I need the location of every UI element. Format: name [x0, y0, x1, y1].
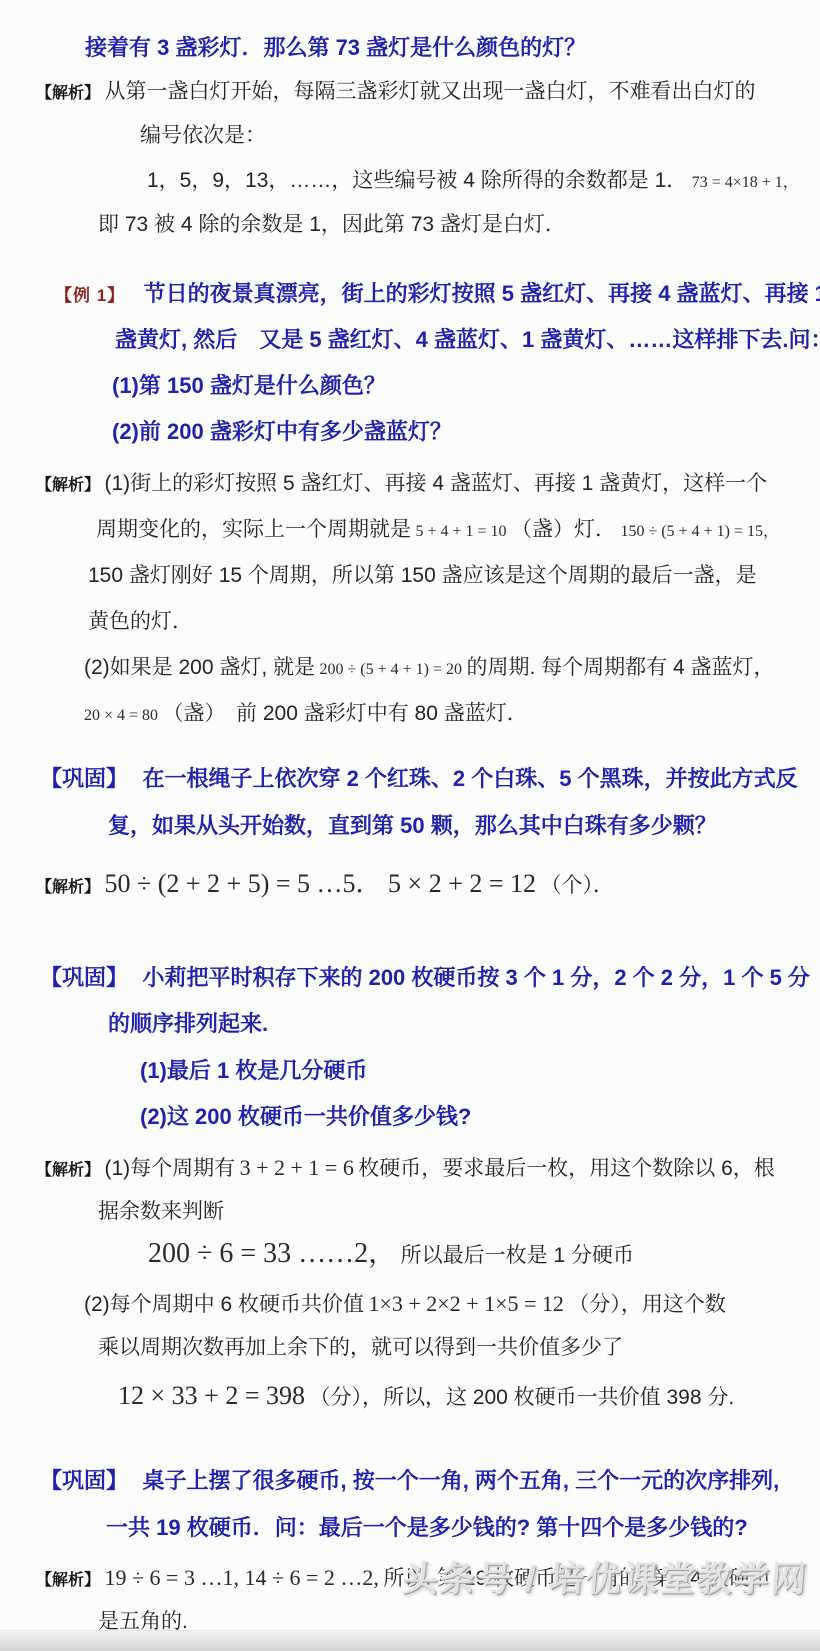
consolidation2-subquestion-1: (1)最后 1 枚是几分硬币 — [140, 1055, 367, 1090]
example1-question-line-1: 【例 1】 节日的夜景真漂亮，街上的彩灯按照 5 盏红灯、再接 4 盏蓝灯、再接… — [55, 278, 820, 313]
analysis-label: 【解析】 — [36, 1162, 100, 1179]
intro-analysis-text-4: 即 73 被 4 除的余数是 1，因此第 73 盏灯是白灯． — [98, 213, 566, 236]
consolidation3-question-line-2: 一共 19 枚硬币．问：最后一个是多少钱的? 第十四个是多少钱的? — [106, 1512, 748, 1547]
example1-formula-period-10: 5 + 4 + 1 = 10 — [415, 523, 506, 540]
consolidation2-subquestion-1-text: (1)最后 1 枚是几分硬币 — [140, 1058, 367, 1083]
consolidation3-question-line-1: 【巩固】 桌子上摆了很多硬币, 按一个一角, 两个五角, 三个一元的次序排列, — [40, 1465, 779, 1500]
example1-analysis-text-2b: （盏）灯． — [511, 518, 616, 541]
consolidation2-analysis-text-2: 据余数来判断 — [98, 1200, 224, 1223]
example1-analysis-text-3: 150 盏灯刚好 15 个周期，所以第 150 盏应该是这个周期的最后一盏，是 — [88, 564, 757, 587]
consolidation1-question-line-2: 复，如果从头开始数，直到第 50 颗，那么其中白珠有多少颗？ — [108, 810, 717, 845]
consolidation2-question-text-2: 的顺序排列起来. — [108, 1011, 268, 1036]
example1-analysis-text-5a: (2)如果是 200 盏灯, 就是 — [84, 656, 315, 679]
consolidation2-analysis-line-1: 【解析】 (1)每个周期有 3 + 2 + 1 = 6 枚硬币，要求最后一枚，用… — [36, 1152, 775, 1187]
consolidation2-analysis-text-6: （分），所以，这 200 枚硬币一共价值 398 分. — [309, 1386, 734, 1409]
intro-analysis-text-3: 1，5，9，13，……，这些编号被 4 除所得的余数都是 1． — [147, 169, 687, 192]
consolidation2-analysis-text-4b: （分），用这个数 — [568, 1293, 726, 1316]
example1-analysis-text-5b: 的周期. 每个周期都有 4 盏蓝灯， — [466, 656, 774, 679]
consolidation2-analysis-line-4: (2)每个周期中 6 枚硬币共价值 1×3 + 2×2 + 1×5 = 12 （… — [84, 1288, 726, 1323]
example1-label: 【例 1】 — [55, 286, 125, 305]
example1-formula-20x4: 20 × 4 = 80 — [84, 707, 158, 724]
consolidation2-question-line-2: 的顺序排列起来. — [108, 1008, 268, 1043]
example1-formula-150-div: 150 ÷ (5 + 4 + 1) = 15， — [620, 523, 779, 540]
example1-analysis-text-4: 黄色的灯． — [88, 610, 193, 633]
example1-question-text-2: 盏黄灯, 然后 又是 5 盏红灯、4 盏蓝灯、1 盏黄灯、……这样排下去.问： — [115, 327, 820, 352]
consolidation1-label: 【巩固】 — [40, 766, 128, 791]
consolidation2-analysis-line-6: 12 × 33 + 2 = 398 （分），所以，这 200 枚硬币一共价值 3… — [118, 1380, 734, 1416]
consolidation1-analysis-line: 【解析】 50 ÷ (2 + 2 + 5) = 5 …5． 5 × 2 + 2 … — [36, 868, 614, 904]
consolidation2-formula-total-398: 12 × 33 + 2 = 398 — [118, 1381, 305, 1410]
watermark-text: 头条号 / 培优课堂教学网 — [401, 1552, 810, 1602]
analysis-label: 【解析】 — [36, 879, 100, 896]
intro-analysis-line-1: 【解析】 从第一盏白灯开始，每隔三盏彩灯就又出现一盏白灯，不难看出白灯的 — [36, 76, 755, 110]
consolidation3-formula-19-14: 19 ÷ 6 = 3 …1, 14 ÷ 6 = 2 …2, — [104, 1565, 378, 1590]
consolidation1-formula: 50 ÷ (2 + 2 + 5) = 5 …5． 5 × 2 + 2 = 12 — [104, 869, 536, 898]
consolidation2-analysis-text-1a: (1)每个周期有 — [104, 1157, 235, 1180]
intro-analysis-line-3: 1，5，9，13，……，这些编号被 4 除所得的余数都是 1． 73 = 4×1… — [147, 165, 799, 199]
page-bottom-edge — [0, 1630, 820, 1651]
consolidation1-question-text-1: 在一根绳子上依次穿 2 个红珠、2 个白珠、5 个黑珠，并按此方式反 — [142, 766, 797, 791]
intro-question-text: 接着有 3 盏彩灯．那么第 73 盏灯是什么颜色的灯？ — [85, 35, 586, 60]
consolidation3-question-text-2: 一共 19 枚硬币．问：最后一个是多少钱的? 第十四个是多少钱的? — [106, 1515, 748, 1540]
consolidation2-formula-value-12: 1×3 + 2×2 + 1×5 = 12 — [368, 1291, 563, 1316]
consolidation2-analysis-line-5: 乘以周期次数再加上余下的，就可以得到一共价值多少了 — [98, 1332, 623, 1366]
consolidation2-analysis-line-2: 据余数来判断 — [98, 1196, 224, 1230]
analysis-label: 【解析】 — [36, 477, 100, 494]
analysis-label: 【解析】 — [36, 1572, 100, 1589]
example1-analysis-line-5: (2)如果是 200 盏灯, 就是 200 ÷ (5 + 4 + 1) = 20… — [84, 652, 775, 686]
intro-formula-73: 73 = 4×18 + 1， — [692, 174, 799, 191]
consolidation3-label: 【巩固】 — [40, 1468, 128, 1493]
example1-analysis-text-6: （盏） 前 200 盏彩灯中有 80 盏蓝灯． — [163, 702, 528, 725]
example1-subquestion-1: (1)第 150 盏灯是什么颜色？ — [112, 370, 386, 405]
consolidation2-formula-period-6: 3 + 2 + 1 = 6 — [240, 1155, 354, 1180]
consolidation2-analysis-text-5: 乘以周期次数再加上余下的，就可以得到一共价值多少了 — [98, 1336, 623, 1359]
consolidation2-question-line-1: 【巩固】 小莉把平时积存下来的 200 枚硬币按 3 个 1 分，2 个 2 分… — [40, 962, 810, 997]
consolidation1-analysis-unit: （个）． — [541, 874, 615, 897]
consolidation2-label: 【巩固】 — [40, 965, 128, 990]
consolidation1-question-text-2: 复，如果从头开始数，直到第 50 颗，那么其中白珠有多少颗？ — [108, 813, 717, 838]
example1-analysis-line-3: 150 盏灯刚好 15 个周期，所以第 150 盏应该是这个周期的最后一盏，是 — [88, 560, 757, 594]
consolidation2-question-text-1: 小莉把平时积存下来的 200 枚硬币按 3 个 1 分，2 个 2 分，1 个 … — [142, 965, 809, 990]
consolidation2-analysis-text-3: 所以最后一枚是 1 分硬币 — [401, 1244, 634, 1267]
consolidation2-analysis-text-1b: 枚硬币，要求最后一枚，用这个数除以 6，根 — [358, 1157, 775, 1180]
example1-analysis-line-1: 【解析】 (1)街上的彩灯按照 5 盏红灯、再接 4 盏蓝灯、再接 1 盏黄灯，… — [36, 468, 767, 502]
example1-analysis-line-4: 黄色的灯． — [88, 606, 193, 640]
example1-question-text-1: 节日的夜景真漂亮，街上的彩灯按照 5 盏红灯、再接 4 盏蓝灯、再接 1 — [144, 281, 820, 306]
example1-analysis-line-6: 20 × 4 = 80 （盏） 前 200 盏彩灯中有 80 盏蓝灯． — [84, 698, 528, 732]
consolidation3-question-text-1: 桌子上摆了很多硬币, 按一个一角, 两个五角, 三个一元的次序排列, — [142, 1468, 779, 1493]
consolidation2-subquestion-2-text: (2)这 200 枚硬币一共价值多少钱? — [140, 1104, 471, 1129]
intro-analysis-line-2: 编号依次是： — [140, 120, 266, 154]
example1-subquestion-2-text: (2)前 200 盏彩灯中有多少盏蓝灯？ — [112, 419, 452, 444]
example1-subquestion-2: (2)前 200 盏彩灯中有多少盏蓝灯？ — [112, 416, 452, 451]
example1-formula-200-div: 200 ÷ (5 + 4 + 1) = 20 — [320, 661, 463, 678]
consolidation1-question-line-1: 【巩固】 在一根绳子上依次穿 2 个红珠、2 个白珠、5 个黑珠，并按此方式反 — [40, 763, 798, 798]
consolidation2-subquestion-2: (2)这 200 枚硬币一共价值多少钱? — [140, 1101, 471, 1136]
example1-analysis-line-2: 周期变化的，实际上一个周期就是 5 + 4 + 1 = 10 （盏）灯． 150… — [96, 514, 779, 548]
example1-analysis-text-2a: 周期变化的，实际上一个周期就是 — [96, 518, 411, 541]
analysis-label: 【解析】 — [36, 85, 100, 102]
intro-question-line: 接着有 3 盏彩灯．那么第 73 盏灯是什么颜色的灯？ — [85, 32, 586, 67]
worksheet-page: 接着有 3 盏彩灯．那么第 73 盏灯是什么颜色的灯？ 【解析】 从第一盏白灯开… — [0, 0, 820, 1651]
intro-analysis-line-4: 即 73 被 4 除的余数是 1，因此第 73 盏灯是白灯． — [98, 209, 566, 243]
consolidation2-formula-200-div-6: 200 ÷ 6 = 33 ……2， — [148, 1238, 396, 1269]
consolidation2-analysis-line-3: 200 ÷ 6 = 33 ……2， 所以最后一枚是 1 分硬币 — [148, 1238, 634, 1274]
consolidation2-analysis-text-4a: (2)每个周期中 6 枚硬币共价值 — [84, 1293, 364, 1316]
intro-analysis-text-1: 从第一盏白灯开始，每隔三盏彩灯就又出现一盏白灯，不难看出白灯的 — [104, 80, 755, 103]
intro-analysis-text-2: 编号依次是： — [140, 124, 266, 147]
example1-analysis-text-1: (1)街上的彩灯按照 5 盏红灯、再接 4 盏蓝灯、再接 1 盏黄灯，这样一个 — [104, 472, 767, 495]
example1-question-line-2: 盏黄灯, 然后 又是 5 盏红灯、4 盏蓝灯、1 盏黄灯、……这样排下去.问： — [115, 324, 820, 359]
example1-subquestion-1-text: (1)第 150 盏灯是什么颜色？ — [112, 373, 386, 398]
